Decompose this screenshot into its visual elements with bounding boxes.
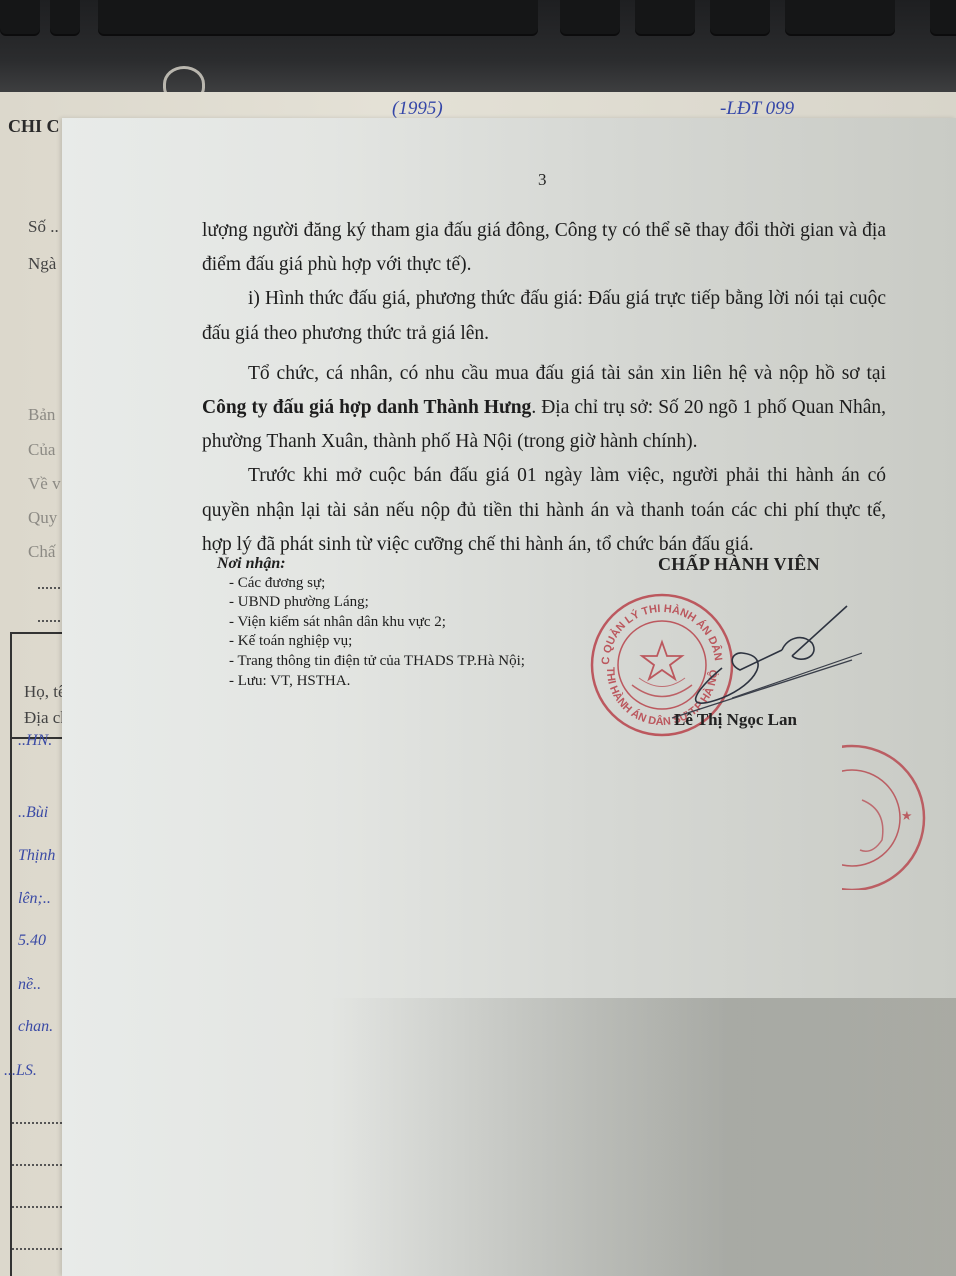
recipient-item: - UBND phường Láng; xyxy=(217,593,525,613)
signer-title: CHẤP HÀNH VIÊN xyxy=(658,554,820,575)
partial-seal-icon: ★ xyxy=(842,740,956,890)
form-label: Về v xyxy=(28,474,61,494)
bold-text: Công ty đấu giá hợp danh Thành Hưng xyxy=(202,397,531,418)
recipient-item: - Kế toán nghiệp vụ; xyxy=(217,632,525,652)
page-number: 3 xyxy=(538,170,547,190)
text: Trước khi mở cuộc bán đấu giá 01 ngày là… xyxy=(202,465,886,554)
handwritten-entry: ..HN. xyxy=(18,732,52,750)
recipient-item: - Lưu: VT, HSTHA. xyxy=(217,672,525,692)
keyboard-key xyxy=(710,0,770,34)
handwritten-note: -LĐT 099 xyxy=(720,98,794,120)
keyboard-key xyxy=(560,0,620,34)
form-label: Chấ xyxy=(28,542,55,562)
paragraph: lượng người đăng ký tham gia đấu giá đôn… xyxy=(202,214,886,282)
dotted-line xyxy=(12,1206,62,1208)
keyboard-key xyxy=(785,0,895,34)
keyboard-key xyxy=(50,0,80,34)
shadow xyxy=(62,998,956,1276)
handwritten-entry: lên;.. xyxy=(18,890,51,908)
handwritten-entry: 5.40 xyxy=(18,932,46,950)
text: lượng người đăng ký tham gia đấu giá đôn… xyxy=(202,220,886,275)
dotted-line xyxy=(12,1164,62,1166)
keyboard-key xyxy=(930,0,956,34)
svg-text:★: ★ xyxy=(899,810,913,823)
paragraph: i) Hình thức đấu giá, phương thức đấu gi… xyxy=(202,282,886,350)
form-label: Họ, tê xyxy=(24,682,66,702)
form-label: Số .. xyxy=(28,217,59,237)
keyboard-key xyxy=(0,0,40,34)
dotted-line xyxy=(12,1248,62,1250)
recipient-item: - Các đương sự; xyxy=(217,574,525,594)
handwritten-entry: nề.. xyxy=(18,976,41,994)
dotted-line xyxy=(12,1122,62,1124)
recipients-list: - Các đương sự;- UBND phường Láng;- Viện… xyxy=(217,574,525,692)
text: Tổ chức, cá nhân, có nhu cầu mua đấu giá… xyxy=(248,363,886,384)
handwritten-entry: ...LS. xyxy=(4,1062,37,1080)
keyboard-key xyxy=(635,0,695,34)
handwritten-entry: chan. xyxy=(18,1018,53,1036)
paragraph: Tổ chức, cá nhân, có nhu cầu mua đấu giá… xyxy=(202,357,886,460)
form-label: Bản xyxy=(28,405,55,425)
back-form-header: CHI C xyxy=(8,116,60,137)
signer-name: Lê Thị Ngọc Lan xyxy=(674,710,797,730)
handwritten-entry: Thịnh xyxy=(18,847,55,865)
document-page: 3 lượng người đăng ký tham gia đấu giá đ… xyxy=(62,118,956,1276)
form-label: Ngà xyxy=(28,254,56,274)
form-label: Quy xyxy=(28,508,57,528)
recipients-title: Nơi nhận: xyxy=(217,554,525,574)
handwritten-entry: ..Bùi xyxy=(18,804,48,822)
signature-icon xyxy=(662,598,862,728)
keyboard-key xyxy=(98,0,538,34)
document-body: lượng người đăng ký tham gia đấu giá đôn… xyxy=(202,214,886,562)
paragraph: Trước khi mở cuộc bán đấu giá 01 ngày là… xyxy=(202,459,886,562)
handwritten-note: (1995) xyxy=(392,98,443,120)
recipient-item: - Viện kiểm sát nhân dân khu vực 2; xyxy=(217,613,525,633)
text: i) Hình thức đấu giá, phương thức đấu gi… xyxy=(202,288,886,343)
recipient-item: - Trang thông tin điện tử của THADS TP.H… xyxy=(217,652,525,672)
form-label: Của xyxy=(28,440,55,460)
recipients-block: Nơi nhận: - Các đương sự;- UBND phường L… xyxy=(217,554,525,691)
